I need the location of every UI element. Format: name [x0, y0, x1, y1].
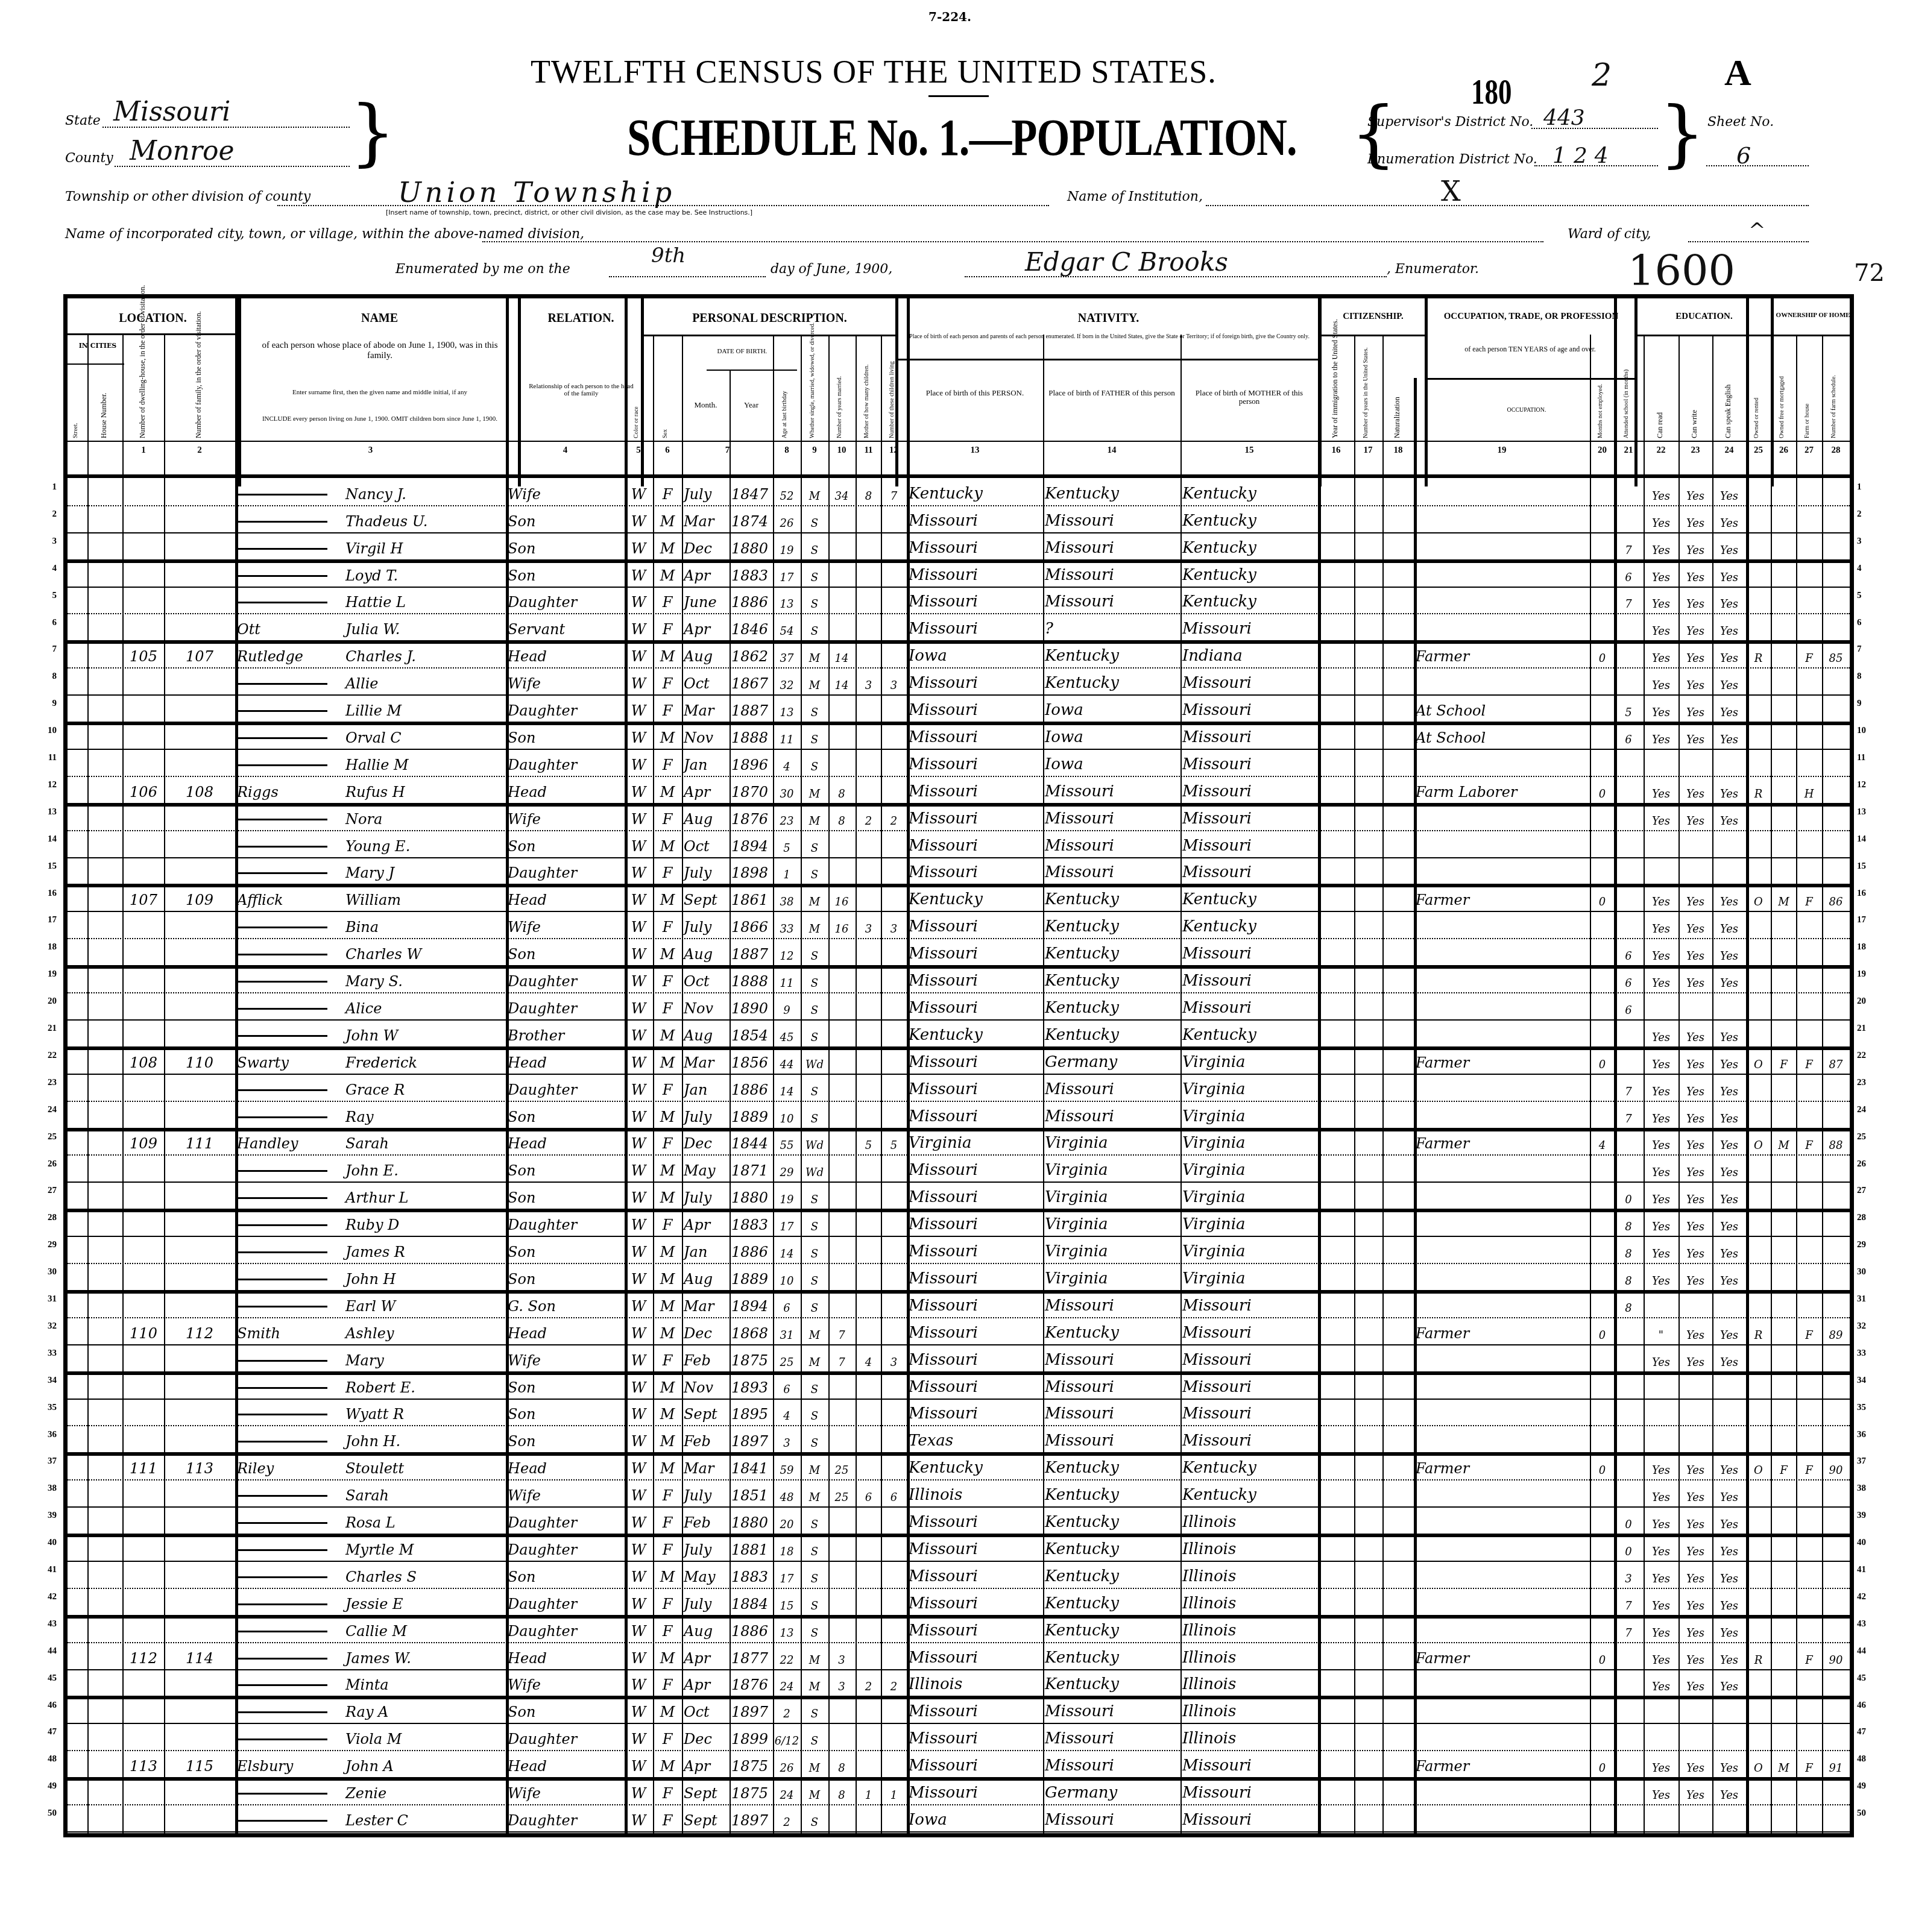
- write-cell[interactable]: Yes: [1678, 667, 1712, 694]
- ym-cell[interactable]: 8: [828, 1777, 855, 1804]
- write-cell[interactable]: Yes: [1678, 1642, 1712, 1669]
- month-cell[interactable]: Feb: [682, 1426, 730, 1453]
- bm-cell[interactable]: Virginia: [1180, 1128, 1318, 1155]
- sex-cell[interactable]: M: [653, 1750, 682, 1777]
- sch-cell[interactable]: [1614, 803, 1643, 830]
- read-cell[interactable]: Yes: [1644, 1209, 1678, 1236]
- fam-cell[interactable]: [164, 965, 235, 992]
- rel-cell[interactable]: Wife: [506, 1344, 625, 1371]
- own-cell[interactable]: [1746, 1615, 1771, 1642]
- bf-cell[interactable]: Missouri: [1043, 1723, 1180, 1750]
- mar-cell[interactable]: S: [801, 1804, 828, 1831]
- sex-cell[interactable]: M: [653, 640, 682, 667]
- bm-cell[interactable]: Kentucky: [1180, 1019, 1318, 1046]
- name-cell[interactable]: Ruby D: [235, 1209, 506, 1236]
- unemp-cell[interactable]: [1590, 1209, 1615, 1236]
- sex-cell[interactable]: F: [653, 1128, 682, 1155]
- read-cell[interactable]: [1644, 1723, 1678, 1750]
- own-cell[interactable]: [1746, 1236, 1771, 1263]
- bm-cell[interactable]: Illinois: [1180, 1696, 1318, 1723]
- name-cell[interactable]: Charles S: [235, 1561, 506, 1588]
- read-cell[interactable]: Yes: [1644, 694, 1678, 722]
- dw-cell[interactable]: [122, 1236, 165, 1263]
- month-cell[interactable]: Dec: [682, 1317, 730, 1344]
- ch-cell[interactable]: 3: [881, 1344, 907, 1371]
- fs-cell[interactable]: [1822, 1561, 1850, 1588]
- farm-cell[interactable]: [1796, 1290, 1822, 1317]
- mar-cell[interactable]: S: [801, 1615, 828, 1642]
- bf-cell[interactable]: Missouri: [1043, 587, 1180, 614]
- year-cell[interactable]: 1880: [730, 532, 773, 559]
- bp-cell[interactable]: Missouri: [907, 1723, 1043, 1750]
- rel-cell[interactable]: Son: [506, 1399, 625, 1426]
- bm-cell[interactable]: Missouri: [1180, 830, 1318, 857]
- ym-cell[interactable]: [828, 1696, 855, 1723]
- ym-cell[interactable]: 7: [828, 1317, 855, 1344]
- month-cell[interactable]: Sept: [682, 1777, 730, 1804]
- color-cell[interactable]: W: [625, 1534, 652, 1561]
- ch-cell[interactable]: [881, 965, 907, 992]
- sch-cell[interactable]: 7: [1614, 1588, 1643, 1615]
- occ-cell[interactable]: [1414, 1804, 1590, 1831]
- own-cell[interactable]: R: [1746, 776, 1771, 803]
- age-cell[interactable]: 38: [773, 884, 801, 911]
- ym-cell[interactable]: [828, 992, 855, 1019]
- farm-cell[interactable]: [1796, 1209, 1822, 1236]
- mort-cell[interactable]: M: [1771, 884, 1797, 911]
- write-cell[interactable]: Yes: [1678, 1506, 1712, 1534]
- city-field[interactable]: [482, 241, 1543, 242]
- mort-cell[interactable]: [1771, 965, 1797, 992]
- mort-cell[interactable]: [1771, 694, 1797, 722]
- fam-cell[interactable]: [164, 1101, 235, 1128]
- eng-cell[interactable]: Yes: [1712, 667, 1746, 694]
- color-cell[interactable]: W: [625, 911, 652, 938]
- age-cell[interactable]: 2: [773, 1804, 801, 1831]
- eng-cell[interactable]: Yes: [1712, 1074, 1746, 1101]
- fs-cell[interactable]: [1822, 1263, 1850, 1290]
- bm-cell[interactable]: Virginia: [1180, 1155, 1318, 1182]
- ch-cell[interactable]: [881, 1046, 907, 1074]
- mo-cell[interactable]: [856, 559, 881, 587]
- month-cell[interactable]: May: [682, 1155, 730, 1182]
- farm-cell[interactable]: [1796, 1344, 1822, 1371]
- bp-cell[interactable]: Missouri: [907, 532, 1043, 559]
- sheet-number-field[interactable]: 6: [1736, 142, 1751, 169]
- sch-cell[interactable]: [1614, 1479, 1643, 1506]
- own-cell[interactable]: [1746, 587, 1771, 614]
- own-cell[interactable]: [1746, 722, 1771, 749]
- sex-cell[interactable]: F: [653, 965, 682, 992]
- age-cell[interactable]: 22: [773, 1642, 801, 1669]
- fs-cell[interactable]: [1822, 749, 1850, 776]
- bp-cell[interactable]: Missouri: [907, 803, 1043, 830]
- fs-cell[interactable]: [1822, 1479, 1850, 1506]
- mo-cell[interactable]: [856, 1399, 881, 1426]
- eng-cell[interactable]: Yes: [1712, 1750, 1746, 1777]
- bp-cell[interactable]: Missouri: [907, 667, 1043, 694]
- read-cell[interactable]: Yes: [1644, 1074, 1678, 1101]
- ch-cell[interactable]: [881, 830, 907, 857]
- fam-cell[interactable]: 114: [164, 1642, 235, 1669]
- read-cell[interactable]: [1644, 1399, 1678, 1426]
- unemp-cell[interactable]: [1590, 505, 1615, 532]
- farm-cell[interactable]: [1796, 1074, 1822, 1101]
- occ-cell[interactable]: Farm Laborer: [1414, 776, 1590, 803]
- month-cell[interactable]: Feb: [682, 1506, 730, 1534]
- bf-cell[interactable]: Kentucky: [1043, 1019, 1180, 1046]
- read-cell[interactable]: Yes: [1644, 532, 1678, 559]
- write-cell[interactable]: Yes: [1678, 776, 1712, 803]
- dw-cell[interactable]: [122, 1290, 165, 1317]
- ym-cell[interactable]: [828, 1074, 855, 1101]
- rel-cell[interactable]: Head: [506, 1642, 625, 1669]
- mar-cell[interactable]: S: [801, 965, 828, 992]
- farm-cell[interactable]: [1796, 1371, 1822, 1399]
- year-cell[interactable]: 1856: [730, 1046, 773, 1074]
- dw-cell[interactable]: [122, 911, 165, 938]
- month-cell[interactable]: July: [682, 478, 730, 505]
- ym-cell[interactable]: 3: [828, 1669, 855, 1696]
- rel-cell[interactable]: Daughter: [506, 694, 625, 722]
- mo-cell[interactable]: [856, 1804, 881, 1831]
- ym-cell[interactable]: [828, 587, 855, 614]
- own-cell[interactable]: [1746, 1669, 1771, 1696]
- mar-cell[interactable]: S: [801, 614, 828, 641]
- read-cell[interactable]: Yes: [1644, 803, 1678, 830]
- month-cell[interactable]: Nov: [682, 722, 730, 749]
- own-cell[interactable]: [1746, 1723, 1771, 1750]
- mar-cell[interactable]: M: [801, 884, 828, 911]
- occ-cell[interactable]: [1414, 1723, 1590, 1750]
- color-cell[interactable]: W: [625, 559, 652, 587]
- eng-cell[interactable]: Yes: [1712, 694, 1746, 722]
- own-cell[interactable]: [1746, 830, 1771, 857]
- sex-cell[interactable]: M: [653, 938, 682, 965]
- year-cell[interactable]: 1883: [730, 1561, 773, 1588]
- bm-cell[interactable]: Virginia: [1180, 1182, 1318, 1209]
- occ-cell[interactable]: [1414, 587, 1590, 614]
- occ-cell[interactable]: [1414, 992, 1590, 1019]
- month-cell[interactable]: Nov: [682, 1371, 730, 1399]
- eng-cell[interactable]: [1712, 1426, 1746, 1453]
- unemp-cell[interactable]: [1590, 1615, 1615, 1642]
- ym-cell[interactable]: [828, 1371, 855, 1399]
- age-cell[interactable]: 6: [773, 1371, 801, 1399]
- write-cell[interactable]: Yes: [1678, 803, 1712, 830]
- year-cell[interactable]: 1871: [730, 1155, 773, 1182]
- dw-cell[interactable]: 105: [122, 640, 165, 667]
- mar-cell[interactable]: S: [801, 1561, 828, 1588]
- own-cell[interactable]: [1746, 1344, 1771, 1371]
- sex-cell[interactable]: F: [653, 857, 682, 884]
- month-cell[interactable]: Oct: [682, 1696, 730, 1723]
- year-cell[interactable]: 1883: [730, 1209, 773, 1236]
- bf-cell[interactable]: Iowa: [1043, 749, 1180, 776]
- name-cell[interactable]: Thadeus U.: [235, 505, 506, 532]
- color-cell[interactable]: W: [625, 1426, 652, 1453]
- rel-cell[interactable]: Son: [506, 1236, 625, 1263]
- sex-cell[interactable]: F: [653, 1074, 682, 1101]
- dw-cell[interactable]: [122, 1588, 165, 1615]
- fs-cell[interactable]: [1822, 1101, 1850, 1128]
- ch-cell[interactable]: [881, 1155, 907, 1182]
- dw-cell[interactable]: [122, 722, 165, 749]
- fs-cell[interactable]: [1822, 505, 1850, 532]
- bm-cell[interactable]: Virginia: [1180, 1236, 1318, 1263]
- year-cell[interactable]: 1889: [730, 1263, 773, 1290]
- write-cell[interactable]: Yes: [1678, 1128, 1712, 1155]
- mar-cell[interactable]: M: [801, 1777, 828, 1804]
- sch-cell[interactable]: 0: [1614, 1506, 1643, 1534]
- dw-cell[interactable]: [122, 1804, 165, 1831]
- fs-cell[interactable]: 89: [1822, 1317, 1850, 1344]
- bf-cell[interactable]: Kentucky: [1043, 1534, 1180, 1561]
- sex-cell[interactable]: F: [653, 911, 682, 938]
- dw-cell[interactable]: 108: [122, 1046, 165, 1074]
- unemp-cell[interactable]: [1590, 1534, 1615, 1561]
- rel-cell[interactable]: Son: [506, 1371, 625, 1399]
- mo-cell[interactable]: [856, 884, 881, 911]
- state-field[interactable]: Missouri: [113, 96, 230, 127]
- fam-cell[interactable]: [164, 1479, 235, 1506]
- ym-cell[interactable]: [828, 965, 855, 992]
- dw-cell[interactable]: [122, 1615, 165, 1642]
- bm-cell[interactable]: Kentucky: [1180, 911, 1318, 938]
- color-cell[interactable]: W: [625, 532, 652, 559]
- mo-cell[interactable]: [856, 1371, 881, 1399]
- fam-cell[interactable]: 111: [164, 1128, 235, 1155]
- dw-cell[interactable]: [122, 1426, 165, 1453]
- fs-cell[interactable]: [1822, 1344, 1850, 1371]
- color-cell[interactable]: W: [625, 749, 652, 776]
- name-cell[interactable]: Nancy J.: [235, 478, 506, 505]
- fs-cell[interactable]: [1822, 1696, 1850, 1723]
- sch-cell[interactable]: 6: [1614, 992, 1643, 1019]
- name-cell[interactable]: Charles W: [235, 938, 506, 965]
- age-cell[interactable]: 24: [773, 1669, 801, 1696]
- write-cell[interactable]: Yes: [1678, 1344, 1712, 1371]
- unemp-cell[interactable]: [1590, 694, 1615, 722]
- name-cell[interactable]: Robert E.: [235, 1371, 506, 1399]
- year-cell[interactable]: 1866: [730, 911, 773, 938]
- age-cell[interactable]: 14: [773, 1236, 801, 1263]
- eng-cell[interactable]: Yes: [1712, 1479, 1746, 1506]
- ch-cell[interactable]: 1: [881, 1777, 907, 1804]
- age-cell[interactable]: 13: [773, 587, 801, 614]
- own-cell[interactable]: [1746, 614, 1771, 641]
- bf-cell[interactable]: Missouri: [1043, 1290, 1180, 1317]
- write-cell[interactable]: [1678, 1399, 1712, 1426]
- occ-cell[interactable]: [1414, 1074, 1590, 1101]
- farm-cell[interactable]: [1796, 938, 1822, 965]
- name-cell[interactable]: Mary: [235, 1344, 506, 1371]
- dw-cell[interactable]: [122, 587, 165, 614]
- ch-cell[interactable]: [881, 1019, 907, 1046]
- dw-cell[interactable]: 111: [122, 1452, 165, 1479]
- sch-cell[interactable]: 7: [1614, 1074, 1643, 1101]
- fam-cell[interactable]: [164, 1777, 235, 1804]
- ym-cell[interactable]: 14: [828, 640, 855, 667]
- mar-cell[interactable]: M: [801, 1344, 828, 1371]
- fam-cell[interactable]: [164, 587, 235, 614]
- sex-cell[interactable]: M: [653, 1046, 682, 1074]
- bp-cell[interactable]: Iowa: [907, 640, 1043, 667]
- farm-cell[interactable]: [1796, 1723, 1822, 1750]
- fs-cell[interactable]: [1822, 559, 1850, 587]
- ym-cell[interactable]: [828, 1019, 855, 1046]
- eng-cell[interactable]: Yes: [1712, 1561, 1746, 1588]
- color-cell[interactable]: W: [625, 1506, 652, 1534]
- rel-cell[interactable]: Head: [506, 1750, 625, 1777]
- rel-cell[interactable]: Daughter: [506, 965, 625, 992]
- age-cell[interactable]: 13: [773, 694, 801, 722]
- fam-cell[interactable]: [164, 1344, 235, 1371]
- write-cell[interactable]: Yes: [1678, 1209, 1712, 1236]
- mort-cell[interactable]: F: [1771, 1452, 1797, 1479]
- color-cell[interactable]: W: [625, 1750, 652, 1777]
- sch-cell[interactable]: 6: [1614, 722, 1643, 749]
- bp-cell[interactable]: Kentucky: [907, 1452, 1043, 1479]
- mort-cell[interactable]: [1771, 1290, 1797, 1317]
- eng-cell[interactable]: Yes: [1712, 938, 1746, 965]
- eng-cell[interactable]: Yes: [1712, 965, 1746, 992]
- ch-cell[interactable]: [881, 640, 907, 667]
- fs-cell[interactable]: [1822, 776, 1850, 803]
- bp-cell[interactable]: Iowa: [907, 1804, 1043, 1831]
- ym-cell[interactable]: [828, 1804, 855, 1831]
- own-cell[interactable]: R: [1746, 1317, 1771, 1344]
- fam-cell[interactable]: [164, 559, 235, 587]
- color-cell[interactable]: W: [625, 884, 652, 911]
- age-cell[interactable]: 10: [773, 1101, 801, 1128]
- year-cell[interactable]: 1887: [730, 694, 773, 722]
- eng-cell[interactable]: Yes: [1712, 911, 1746, 938]
- month-cell[interactable]: Apr: [682, 776, 730, 803]
- rel-cell[interactable]: G. Son: [506, 1290, 625, 1317]
- occ-cell[interactable]: [1414, 830, 1590, 857]
- bp-cell[interactable]: Missouri: [907, 911, 1043, 938]
- eng-cell[interactable]: Yes: [1712, 1642, 1746, 1669]
- ch-cell[interactable]: [881, 532, 907, 559]
- color-cell[interactable]: W: [625, 478, 652, 505]
- read-cell[interactable]: [1644, 1290, 1678, 1317]
- ch-cell[interactable]: [881, 1615, 907, 1642]
- own-cell[interactable]: [1746, 1399, 1771, 1426]
- own-cell[interactable]: [1746, 992, 1771, 1019]
- occ-cell[interactable]: [1414, 1479, 1590, 1506]
- mort-cell[interactable]: [1771, 857, 1797, 884]
- sex-cell[interactable]: F: [653, 1344, 682, 1371]
- unemp-cell[interactable]: [1590, 965, 1615, 992]
- mo-cell[interactable]: [856, 1696, 881, 1723]
- eng-cell[interactable]: Yes: [1712, 640, 1746, 667]
- sex-cell[interactable]: M: [653, 1317, 682, 1344]
- fs-cell[interactable]: [1822, 1209, 1850, 1236]
- mort-cell[interactable]: [1771, 1155, 1797, 1182]
- unemp-cell[interactable]: 0: [1590, 1046, 1615, 1074]
- own-cell[interactable]: [1746, 1074, 1771, 1101]
- mo-cell[interactable]: 3: [856, 667, 881, 694]
- mo-cell[interactable]: [856, 1155, 881, 1182]
- write-cell[interactable]: Yes: [1678, 1155, 1712, 1182]
- unemp-cell[interactable]: 0: [1590, 1642, 1615, 1669]
- age-cell[interactable]: 17: [773, 559, 801, 587]
- read-cell[interactable]: Yes: [1644, 1479, 1678, 1506]
- write-cell[interactable]: Yes: [1678, 1561, 1712, 1588]
- read-cell[interactable]: Yes: [1644, 1669, 1678, 1696]
- bf-cell[interactable]: Kentucky: [1043, 1506, 1180, 1534]
- bm-cell[interactable]: Virginia: [1180, 1263, 1318, 1290]
- mar-cell[interactable]: S: [801, 1399, 828, 1426]
- month-cell[interactable]: Apr: [682, 1669, 730, 1696]
- eng-cell[interactable]: Yes: [1712, 532, 1746, 559]
- farm-cell[interactable]: [1796, 1804, 1822, 1831]
- unemp-cell[interactable]: [1590, 614, 1615, 641]
- occ-cell[interactable]: [1414, 938, 1590, 965]
- own-cell[interactable]: [1746, 1182, 1771, 1209]
- sex-cell[interactable]: M: [653, 884, 682, 911]
- color-cell[interactable]: W: [625, 614, 652, 641]
- ym-cell[interactable]: [828, 1290, 855, 1317]
- age-cell[interactable]: 37: [773, 640, 801, 667]
- ym-cell[interactable]: [828, 1182, 855, 1209]
- month-cell[interactable]: Jan: [682, 749, 730, 776]
- rel-cell[interactable]: Son: [506, 1263, 625, 1290]
- fam-cell[interactable]: [164, 1426, 235, 1453]
- rel-cell[interactable]: Son: [506, 1182, 625, 1209]
- sch-cell[interactable]: [1614, 749, 1643, 776]
- read-cell[interactable]: Yes: [1644, 776, 1678, 803]
- ch-cell[interactable]: [881, 1317, 907, 1344]
- mo-cell[interactable]: [856, 694, 881, 722]
- sch-cell[interactable]: 7: [1614, 532, 1643, 559]
- sex-cell[interactable]: M: [653, 830, 682, 857]
- write-cell[interactable]: [1678, 830, 1712, 857]
- rel-cell[interactable]: Wife: [506, 803, 625, 830]
- rel-cell[interactable]: Daughter: [506, 1209, 625, 1236]
- bp-cell[interactable]: Missouri: [907, 1588, 1043, 1615]
- write-cell[interactable]: Yes: [1678, 559, 1712, 587]
- read-cell[interactable]: Yes: [1644, 965, 1678, 992]
- sex-cell[interactable]: F: [653, 1777, 682, 1804]
- sch-cell[interactable]: [1614, 1426, 1643, 1453]
- ch-cell[interactable]: [881, 884, 907, 911]
- bf-cell[interactable]: Kentucky: [1043, 478, 1180, 505]
- unemp-cell[interactable]: [1590, 1588, 1615, 1615]
- color-cell[interactable]: W: [625, 803, 652, 830]
- unemp-cell[interactable]: 0: [1590, 884, 1615, 911]
- bf-cell[interactable]: Germany: [1043, 1777, 1180, 1804]
- eng-cell[interactable]: Yes: [1712, 1317, 1746, 1344]
- bm-cell[interactable]: Missouri: [1180, 1290, 1318, 1317]
- age-cell[interactable]: 5: [773, 830, 801, 857]
- dw-cell[interactable]: 106: [122, 776, 165, 803]
- mo-cell[interactable]: [856, 938, 881, 965]
- sex-cell[interactable]: F: [653, 1588, 682, 1615]
- bp-cell[interactable]: Missouri: [907, 1696, 1043, 1723]
- write-cell[interactable]: Yes: [1678, 1588, 1712, 1615]
- age-cell[interactable]: 14: [773, 1074, 801, 1101]
- occ-cell[interactable]: [1414, 1777, 1590, 1804]
- bm-cell[interactable]: Illinois: [1180, 1723, 1318, 1750]
- ch-cell[interactable]: [881, 694, 907, 722]
- mo-cell[interactable]: [856, 1723, 881, 1750]
- sex-cell[interactable]: M: [653, 1101, 682, 1128]
- color-cell[interactable]: W: [625, 1263, 652, 1290]
- sex-cell[interactable]: F: [653, 1209, 682, 1236]
- dw-cell[interactable]: 112: [122, 1642, 165, 1669]
